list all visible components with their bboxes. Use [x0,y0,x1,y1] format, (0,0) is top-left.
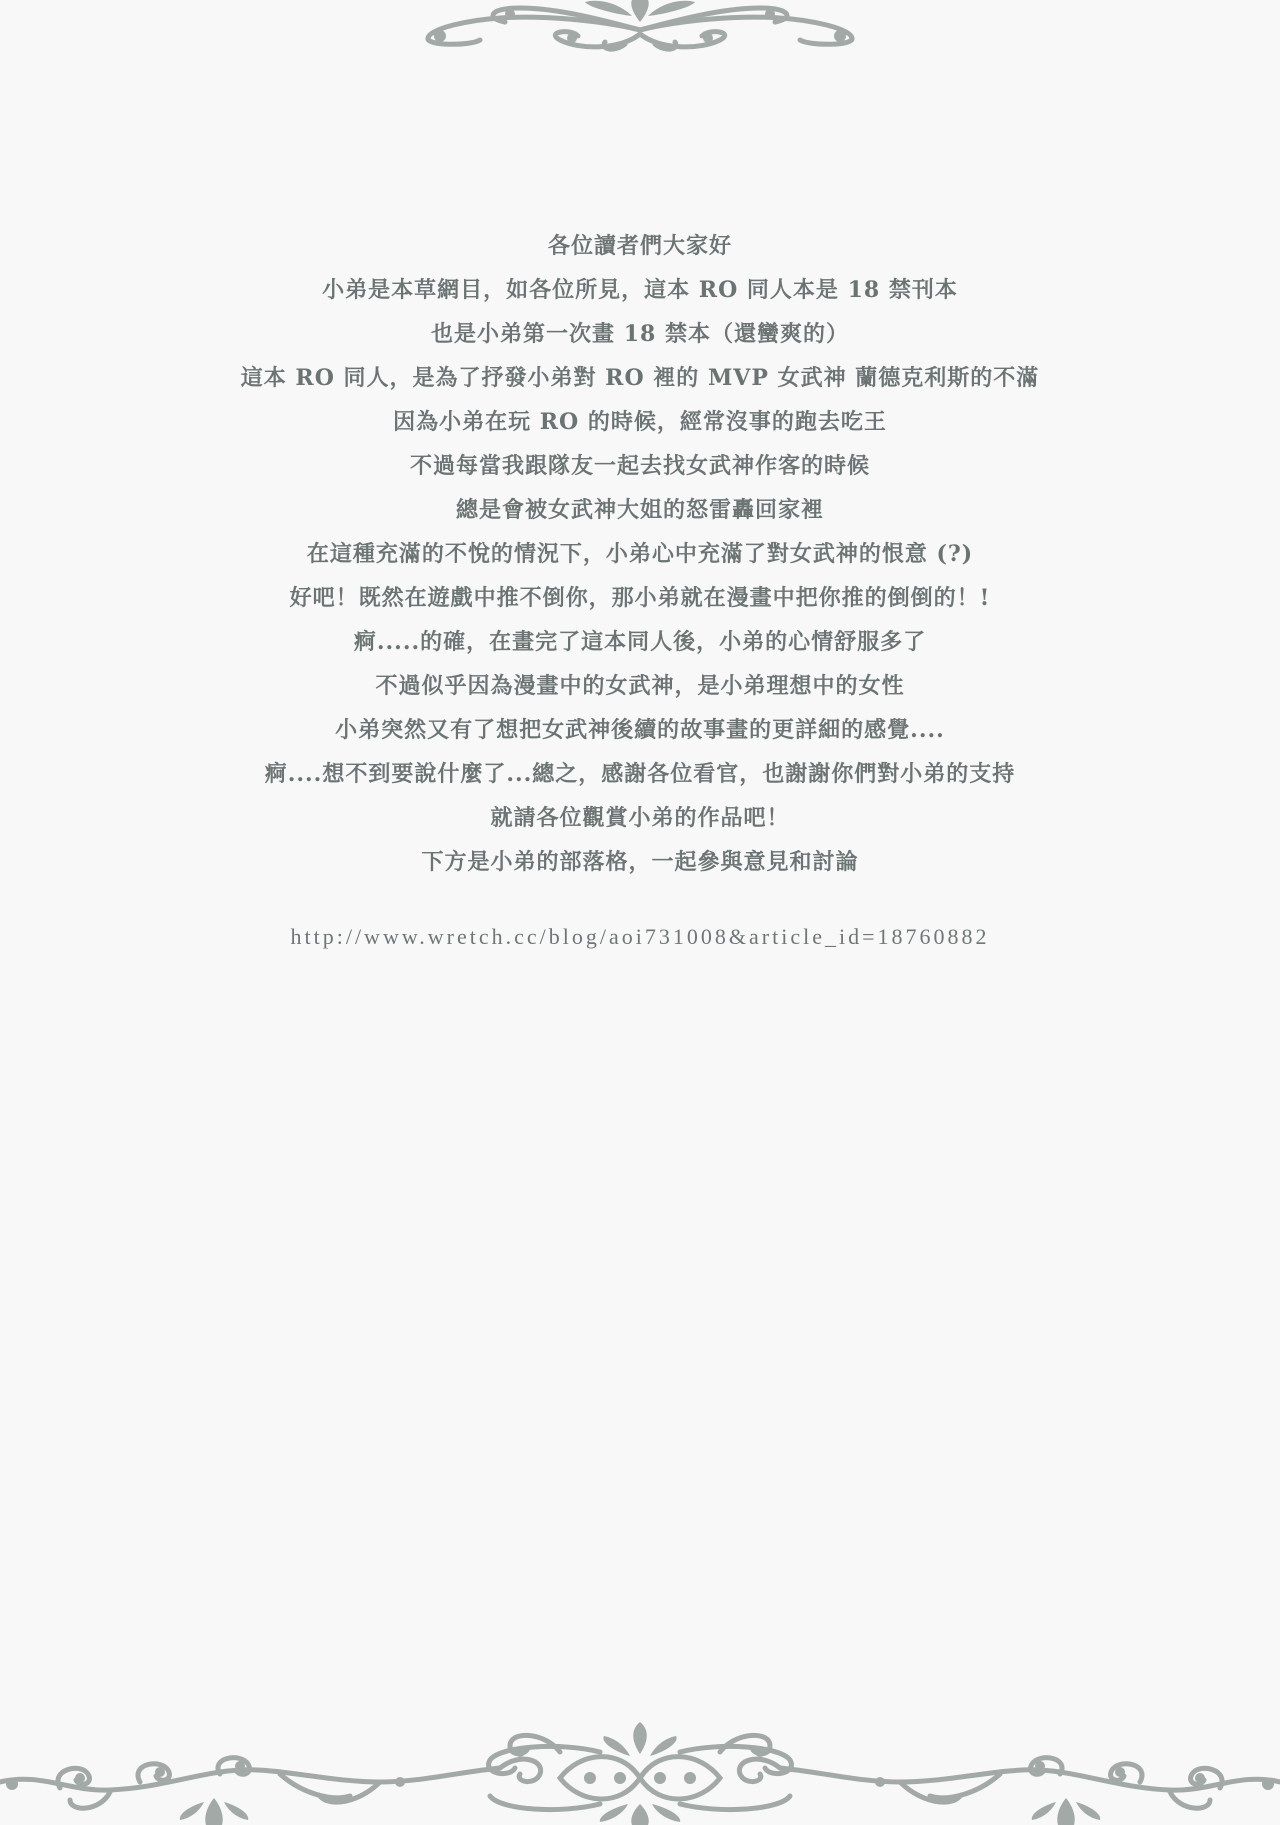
message-line: 痾.....的確，在畫完了這本同人後，小弟的心情舒服多了 [0,620,1280,664]
bottom-border-ornament-icon [0,1712,1280,1825]
message-line: 就請各位觀賞小弟的作品吧！ [0,796,1280,840]
message-line: 不過似乎因為漫畫中的女武神，是小弟理想中的女性 [0,664,1280,708]
message-line: 各位讀者們大家好 [0,224,1280,268]
message-line: 不過每當我跟隊友一起去找女武神作客的時候 [0,444,1280,488]
message-line: 痾....想不到要說什麼了...總之，感謝各位看官，也謝謝你們對小弟的支持 [0,752,1280,796]
message-line: 也是小弟第一次畫 18 禁本（還蠻爽的） [0,312,1280,356]
message-line: 下方是小弟的部落格，一起參與意見和討論 [0,840,1280,884]
preface-message: 各位讀者們大家好 小弟是本草網目，如各位所見，這本 RO 同人本是 18 禁刊本… [0,224,1280,884]
message-line: 好吧！既然在遊戲中推不倒你，那小弟就在漫畫中把你推的倒倒的！! [0,576,1280,620]
message-line: 在這種充滿的不悅的情況下，小弟心中充滿了對女武神的恨意 (?) [0,532,1280,576]
blog-url: http://www.wretch.cc/blog/aoi731008&arti… [0,924,1280,950]
message-line: 總是會被女武神大姐的怒雷轟回家裡 [0,488,1280,532]
message-line: 因為小弟在玩 RO 的時候，經常沒事的跑去吃王 [0,400,1280,444]
message-line: 小弟突然又有了想把女武神後續的故事畫的更詳細的感覺.... [0,708,1280,752]
message-line: 這本 RO 同人，是為了抒發小弟對 RO 裡的 MVP 女武神 蘭德克利斯的不滿 [0,356,1280,400]
message-line: 小弟是本草網目，如各位所見，這本 RO 同人本是 18 禁刊本 [0,268,1280,312]
top-flourish-ornament-icon [410,0,870,56]
